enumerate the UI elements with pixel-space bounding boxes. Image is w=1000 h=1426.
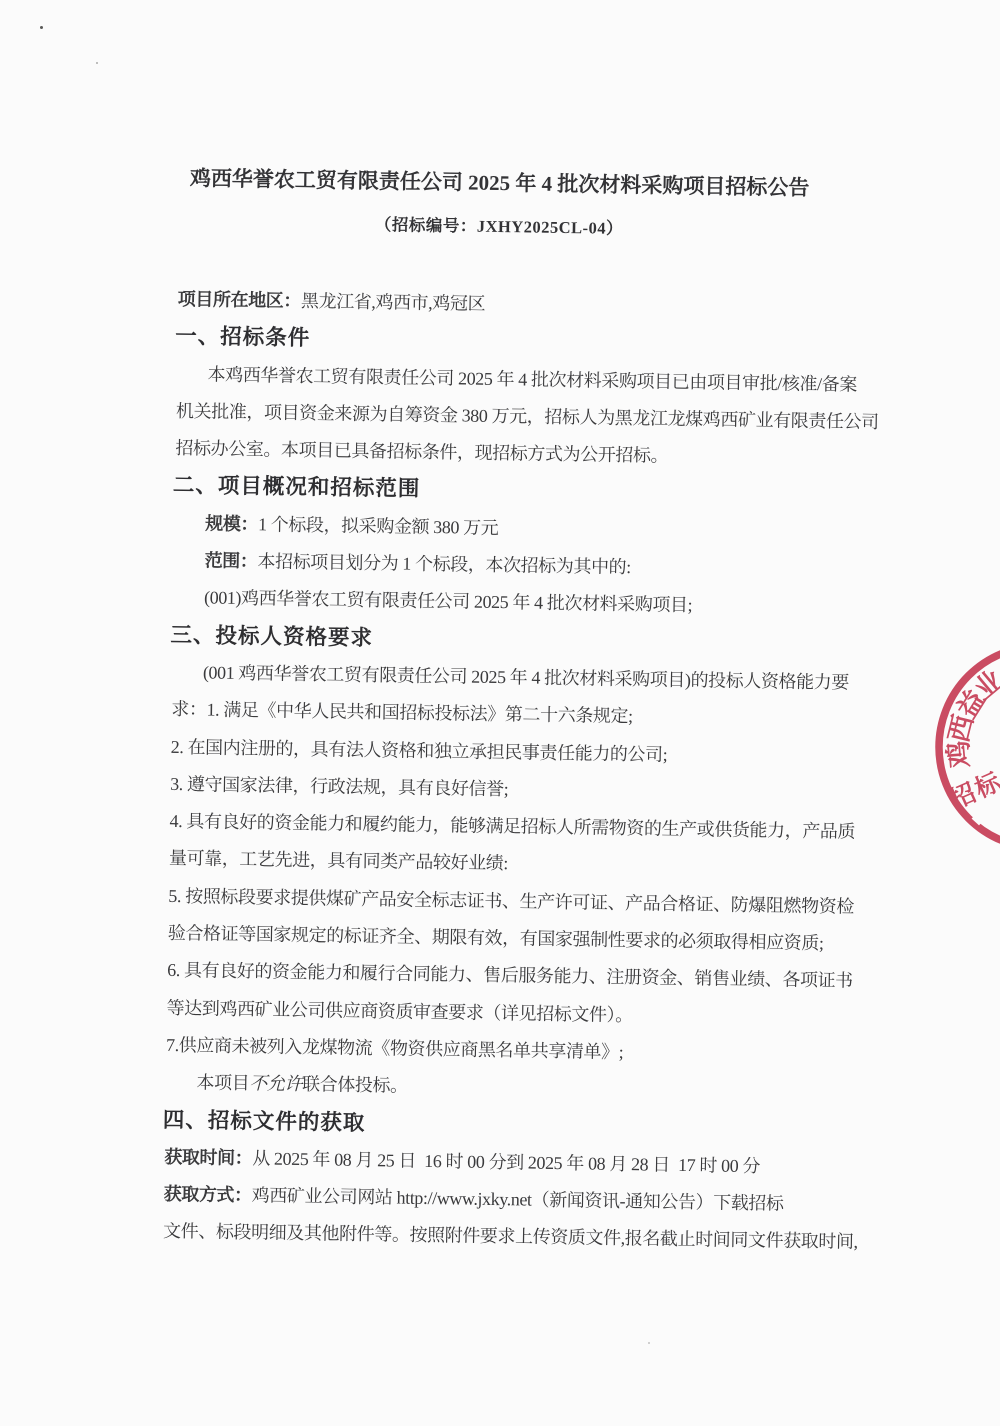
text-segment: 四、招标文件的获取 [163,1107,366,1134]
text-segment: 本项目 [196,1073,249,1094]
text-segment: 6. 具有良好的资金能力和履行合同能力、售后服务能力、注册资金、销售业绩、各项证… [167,960,853,991]
text-segment: 等达到鸡西矿业公司供应商资质审查要求（详见招标文件）。 [166,998,632,1025]
text-segment: 三、投标人资格要求 [170,623,373,650]
text-segment: 招标办公室。本项目已具备招标条件，现招标方式为公开招标。 [175,438,668,466]
scan-speck [40,26,43,29]
text-segment: 文件、标段明细及其他附件等。按照附件要求上传资质文件,报名截止时间同文件获取时间… [163,1221,858,1252]
text-segment: 量可靠，工艺先进，具有同类产品较好业绩: [169,848,508,873]
document-content: 鸡西华誉农工贸有限责任公司 2025 年 4 批次材料采购项目招标公告 （招标编… [0,0,1000,1426]
text-segment: (001)鸡西华誉农工贸有限责任公司 2025 年 4 批次材料采购项目; [204,588,692,616]
text-segment: 2. 在国内注册的，具有法人资格和独立承担民事责任能力的公司; [171,736,668,764]
text-segment: (001 鸡西华誉农工贸有限责任公司 2025 年 4 批次材料采购项目)的投标… [203,662,849,692]
text-segment: 从 2025 年 08 月 25 日 16 时 00 分到 2025 年 08 … [252,1148,760,1176]
scan-speck [96,62,98,64]
text-segment: 验合格证等国家规定的标证齐全、期限有效，有国家强制性要求的必须取得相应资质; [168,923,824,953]
document-body: 项目所在地区：黑龙江省,鸡西市,鸡冠区一、招标条件本鸡西华誉农工贸有限责任公司 … [0,278,998,1263]
scan-speck [648,1342,650,1344]
text-segment: 一、招标条件 [175,324,310,350]
text-segment: 二、项目概况和招标范围 [173,473,421,501]
scanned-document-page: 鸡西华誉农工贸有限责任公司 2025 年 4 批次材料采购项目招标公告 （招标编… [0,0,1000,1426]
text-segment: 黑龙江省,鸡西市,鸡冠区 [301,291,485,314]
text-segment: 求：1. 满足《中华人民共和国招标投标法》第二十六条规定; [171,699,633,726]
text-segment: 获取时间： [164,1147,252,1168]
text-segment: 联合体投标。 [302,1074,408,1096]
text-segment: 5. 按照标段要求提供煤矿产品安全标志证书、生产许可证、产品合格证、防爆阻燃物资… [168,886,854,917]
text-segment: 4. 具有良好的资金能力和履约能力，能够满足招标人所需物资的生产或供货能力，产品… [169,811,855,842]
text-segment: 范围： [205,550,258,571]
text-segment: 规模： [205,513,258,534]
text-segment: 1 个标段，拟采购金额 380 万元 [258,514,499,538]
text-segment: 不允许 [249,1073,302,1094]
text-segment: 7.供应商未被列入龙煤物流《物资供应商黑名单共享清单》; [166,1035,624,1062]
text-segment: 鸡西矿业公司网站 http://www.jxky.net（新闻资讯-通知公告）下… [252,1185,784,1213]
text-segment: 本招标项目划分为 1 个标段，本次招标为其中的: [257,551,631,577]
text-segment: 获取方式： [164,1184,252,1205]
text-segment: 本鸡西华誉农工贸有限责任公司 2025 年 4 批次材料采购项目已由项目审批/核… [207,364,857,394]
text-segment: 机关批准，项目资金来源为自筹资金 380 万元，招标人为黑龙江龙煤鸡西矿业有限责… [176,401,879,432]
text-segment: 3. 遵守国家法律，行政法规，具有良好信誉; [170,774,508,799]
text-segment: 项目所在地区： [178,289,302,311]
